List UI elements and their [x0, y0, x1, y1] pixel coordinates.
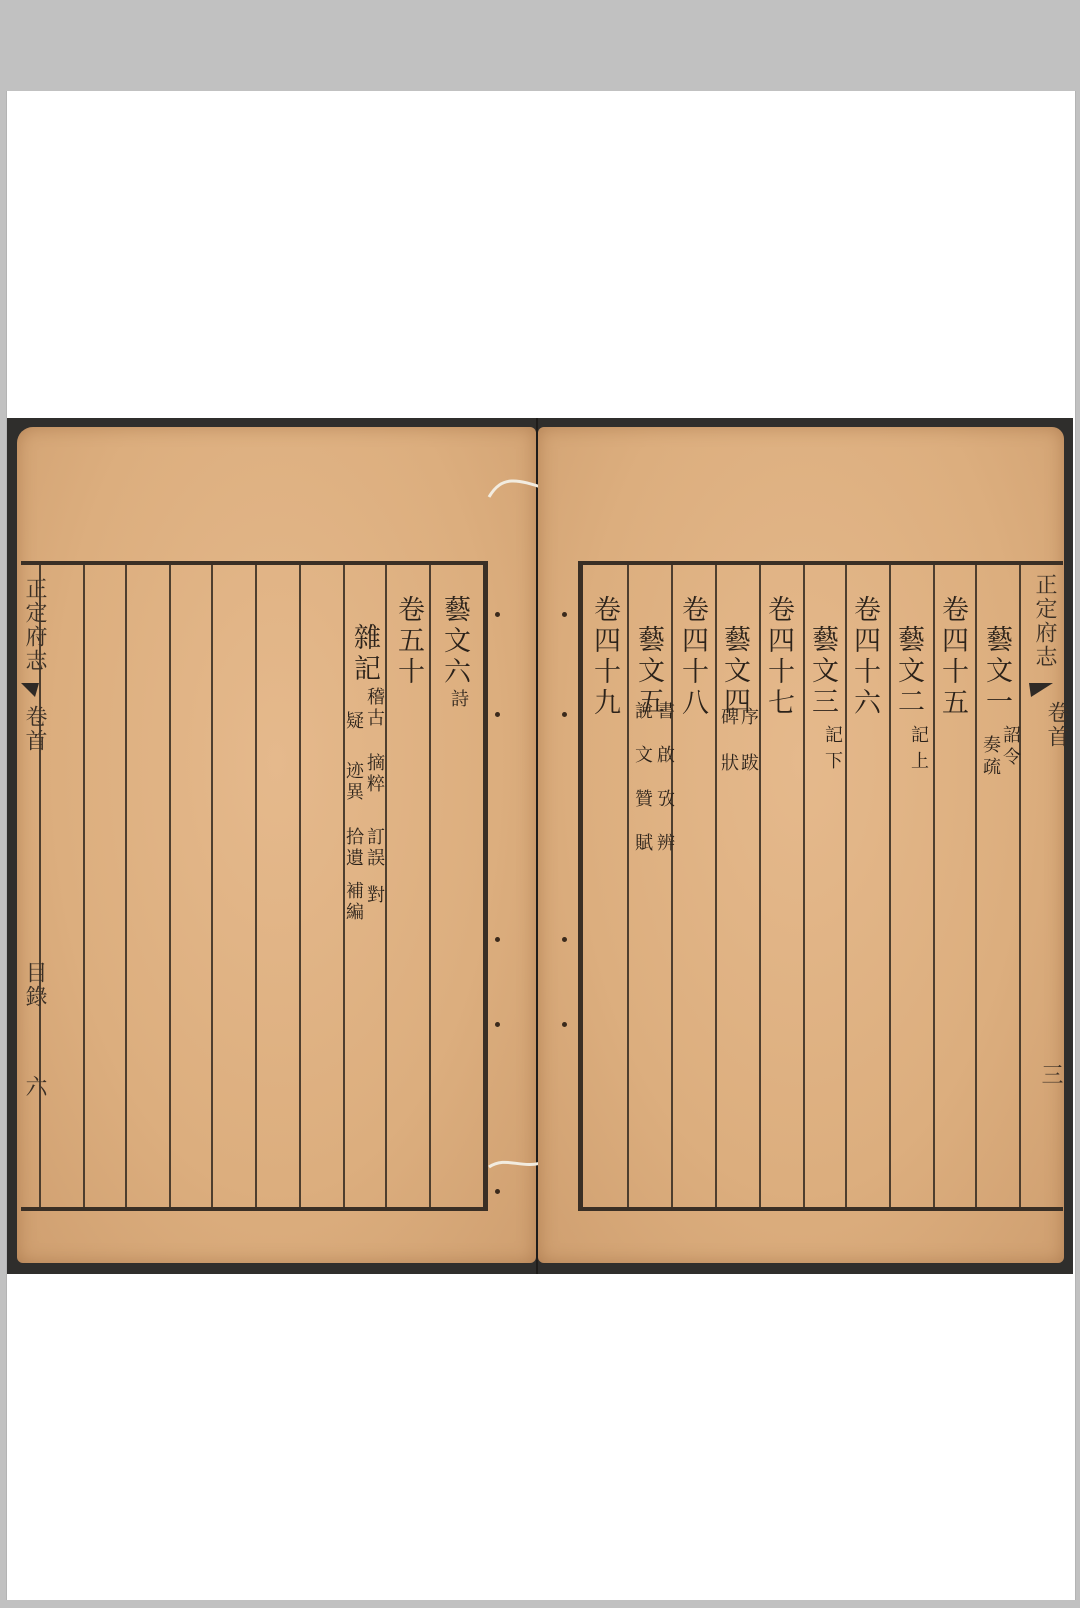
margin-section: 卷首	[19, 705, 50, 753]
margin-title: 正定府志	[19, 577, 50, 673]
toc-category-yiwen-4: 藝文四	[721, 625, 748, 718]
binding-hole	[495, 1022, 500, 1027]
binding-hole	[495, 612, 500, 617]
toc-note: 記上	[909, 725, 927, 777]
toc-note: 迹異	[344, 761, 362, 803]
binding-hole	[495, 937, 500, 942]
toc-note: 拾遺	[344, 827, 362, 869]
binding-hole	[562, 1022, 567, 1027]
fishtail-mark-icon	[1029, 683, 1053, 697]
toc-note: 詩	[449, 689, 467, 715]
binding-hole	[495, 712, 500, 717]
printed-frame-right: 正定府志 卷首 三 藝文一 詔令 奏疏 卷四十五 藝文二 記上 卷四十六 藝文三…	[578, 561, 1063, 1211]
toc-note: 訂誤	[365, 827, 383, 869]
binding-hole	[495, 1189, 500, 1194]
margin-title: 正定府志	[1029, 573, 1060, 669]
toc-category-zaji: 雜記	[351, 623, 378, 685]
toc-volume-46: 卷四十六	[851, 595, 878, 719]
toc-note: 記下	[823, 725, 841, 777]
margin-heading: 目錄	[19, 961, 50, 1009]
toc-note: 說文贊賦	[633, 701, 651, 877]
toc-category-yiwen-6: 藝文六	[441, 595, 468, 688]
toc-volume-49: 卷四十九	[591, 595, 618, 719]
left-page: 正定府志 卷首 目錄 六 藝文六 詩 卷五十 雜記 稽古 摘粹 訂誤	[17, 427, 536, 1263]
right-page: 正定府志 卷首 三 藝文一 詔令 奏疏 卷四十五 藝文二 記上 卷四十六 藝文三…	[538, 427, 1064, 1263]
toc-note: 稽古	[365, 687, 383, 729]
margin-folio: 六	[19, 1075, 50, 1099]
toc-note: 疑	[344, 711, 362, 732]
toc-note: 奏疏	[981, 735, 999, 779]
margin-section: 卷首	[1041, 701, 1072, 749]
binding-hole	[562, 712, 567, 717]
toc-note: 補編	[344, 881, 362, 923]
toc-note: 詔令	[1001, 725, 1019, 769]
toc-volume-47: 卷四十七	[765, 595, 792, 719]
toc-category-yiwen-2: 藝文二	[895, 625, 922, 718]
toc-volume-50: 卷五十	[395, 595, 422, 688]
toc-volume-48: 卷四十八	[679, 595, 706, 719]
toc-note: 摘粹	[365, 753, 383, 795]
binding-hole	[562, 937, 567, 942]
fishtail-mark-icon	[21, 683, 39, 697]
toc-volume-45: 卷四十五	[939, 595, 966, 719]
binding-hole	[562, 612, 567, 617]
toc-note: 序跋	[739, 707, 757, 799]
toc-note: 對	[365, 885, 383, 906]
toc-category-yiwen-1: 藝文一	[983, 625, 1010, 718]
margin-folio: 三	[1035, 1063, 1066, 1087]
toc-note: 碑狀	[719, 707, 737, 799]
book-scan-image[interactable]: 正定府志 卷首 目錄 六 藝文六 詩 卷五十 雜記 稽古 摘粹 訂誤	[7, 418, 1073, 1274]
toc-note: 書啟攷辨	[655, 701, 673, 877]
toc-category-yiwen-3: 藝文三	[809, 625, 836, 718]
printed-frame-left: 正定府志 卷首 目錄 六 藝文六 詩 卷五十 雜記 稽古 摘粹 訂誤	[21, 561, 488, 1211]
